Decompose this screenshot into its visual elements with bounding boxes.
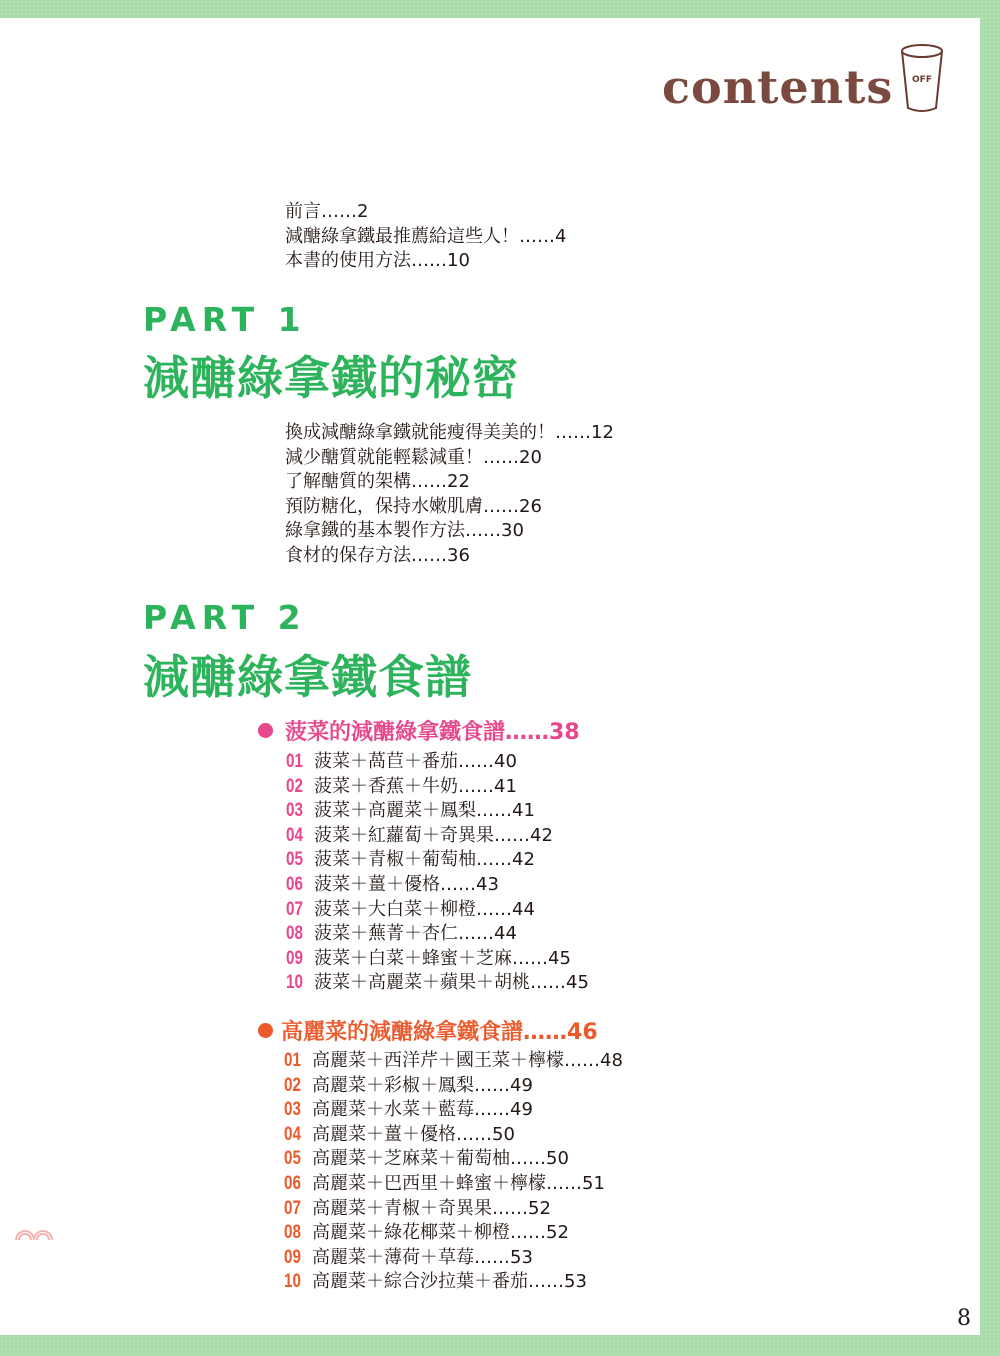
recipe-entry[interactable]: 08高麗菜＋綠花椰菜＋柳橙……52 (284, 1221, 623, 1246)
recipe-page: 43 (476, 874, 499, 895)
recipe-page: 48 (600, 1050, 623, 1071)
recipe-page: 49 (510, 1099, 533, 1120)
recipe-number: 03 (286, 799, 308, 824)
leader-dots: …… (440, 874, 476, 895)
recipe-number: 08 (286, 922, 308, 947)
recipe-page: 42 (530, 825, 553, 846)
recipe-entry[interactable]: 07菠菜＋大白菜＋柳橙……44 (286, 898, 589, 923)
leader-dots: …… (476, 800, 512, 821)
recipe-entry[interactable]: 03菠菜＋高麗菜＋鳳梨……41 (286, 799, 589, 824)
recipe-number: 04 (284, 1123, 306, 1148)
entry-page: 12 (591, 422, 614, 443)
bullet-icon (258, 1023, 273, 1038)
recipe-number: 06 (284, 1172, 306, 1197)
leader-dots: …… (505, 720, 549, 745)
recipe-entry[interactable]: 09菠菜＋白菜＋蜂蜜＋芝麻……45 (286, 947, 589, 972)
recipe-number: 02 (284, 1074, 306, 1099)
leader-dots: …… (483, 496, 519, 517)
leader-dots: …… (458, 751, 494, 772)
cup-label: OFF (912, 75, 932, 85)
recipe-number: 04 (286, 824, 308, 849)
recipe-page: 44 (512, 899, 535, 920)
recipe-entry[interactable]: 09高麗菜＋薄荷＋草莓……53 (284, 1246, 623, 1271)
recipe-entry[interactable]: 05菠菜＋青椒＋葡萄柚……42 (286, 848, 589, 873)
leader-dots: …… (483, 447, 519, 468)
leader-dots: …… (476, 849, 512, 870)
toc-entry[interactable]: 預防糖化，保持水嫩肌膚……26 (285, 495, 614, 520)
recipe-title: 菠菜＋香蕉＋牛奶 (314, 776, 458, 797)
leader-dots: …… (411, 471, 447, 492)
recipe-title: 菠菜＋高麗菜＋鳳梨 (314, 800, 476, 821)
leader-dots: …… (510, 1222, 546, 1243)
recipe-page: 50 (492, 1124, 515, 1145)
recipe-entry[interactable]: 10菠菜＋高麗菜＋蘋果＋胡桃……45 (286, 971, 589, 996)
recipe-page: 42 (512, 849, 535, 870)
recipe-number: 10 (284, 1270, 306, 1295)
recipe-entry[interactable]: 06菠菜＋薑＋優格……43 (286, 873, 589, 898)
recipe-entry[interactable]: 03高麗菜＋水菜＋藍莓……49 (284, 1098, 623, 1123)
bullet-icon (258, 723, 273, 738)
entry-title: 了解醣質的架構 (285, 471, 411, 492)
section-page: 38 (549, 720, 580, 745)
leader-dots: …… (555, 422, 591, 443)
section-heading-spinach[interactable]: 菠菜的減醣綠拿鐵食譜……38 (258, 719, 580, 747)
leader-dots: …… (321, 201, 357, 222)
entry-page: 10 (447, 250, 470, 271)
recipe-title: 高麗菜＋巴西里＋蜂蜜＋檸檬 (312, 1173, 546, 1194)
recipe-page: 44 (494, 923, 517, 944)
leader-dots: …… (458, 923, 494, 944)
recipe-number: 07 (284, 1197, 306, 1222)
recipe-page: 51 (582, 1173, 605, 1194)
recipe-number: 01 (284, 1049, 306, 1074)
entry-page: 30 (501, 520, 524, 541)
toc-entry[interactable]: 本書的使用方法……10 (285, 249, 566, 274)
leader-dots: …… (458, 776, 494, 797)
part1-label: PART 1 (143, 302, 307, 338)
leader-dots: …… (456, 1124, 492, 1145)
part1-list: 換成減醣綠拿鐵就能瘦得美美的！……12 減少醣質就能輕鬆減重！……20 了解醣質… (285, 421, 614, 569)
section-title: 高麗菜的減醣綠拿鐵食譜 (281, 1020, 523, 1045)
entry-page: 22 (447, 471, 470, 492)
leader-dots: …… (474, 1247, 510, 1268)
recipe-number: 08 (284, 1221, 306, 1246)
recipe-page: 52 (546, 1222, 569, 1243)
recipe-title: 高麗菜＋綜合沙拉葉＋番茄 (312, 1271, 528, 1292)
leader-dots: …… (519, 226, 555, 247)
recipe-page: 52 (528, 1198, 551, 1219)
top-border-band (0, 0, 1000, 18)
entry-page: 26 (519, 496, 542, 517)
toc-entry[interactable]: 綠拿鐵的基本製作方法……30 (285, 519, 614, 544)
entry-page: 4 (555, 226, 566, 247)
recipe-entry[interactable]: 04高麗菜＋薑＋優格……50 (284, 1123, 623, 1148)
recipe-title: 高麗菜＋芝麻菜＋葡萄柚 (312, 1148, 510, 1169)
recipe-number: 10 (286, 971, 308, 996)
recipe-title: 菠菜＋萵苣＋番茄 (314, 751, 458, 772)
toc-entry[interactable]: 減醣綠拿鐵最推薦給這些人！……4 (285, 225, 566, 250)
recipe-number: 01 (286, 750, 308, 775)
recipe-title: 菠菜＋紅蘿蔔＋奇異果 (314, 825, 494, 846)
leader-dots: …… (474, 1075, 510, 1096)
recipe-title: 菠菜＋大白菜＋柳橙 (314, 899, 476, 920)
recipe-title: 高麗菜＋綠花椰菜＋柳橙 (312, 1222, 510, 1243)
recipe-entry[interactable]: 02菠菜＋香蕉＋牛奶……41 (286, 775, 589, 800)
entry-title: 綠拿鐵的基本製作方法 (285, 520, 465, 541)
recipe-page: 40 (494, 751, 517, 772)
recipe-entry[interactable]: 05高麗菜＋芝麻菜＋葡萄柚……50 (284, 1147, 623, 1172)
part2-label: PART 2 (143, 600, 307, 636)
leader-dots: …… (530, 972, 566, 993)
cabbage-recipe-list: 01高麗菜＋西洋芹＋國王菜＋檸檬……48 02高麗菜＋彩椒＋鳳梨……49 03高… (284, 1049, 623, 1295)
leader-dots: …… (492, 1198, 528, 1219)
toc-entry[interactable]: 了解醣質的架構……22 (285, 470, 614, 495)
recipe-number: 03 (284, 1098, 306, 1123)
leader-dots: …… (546, 1173, 582, 1194)
entry-title: 預防糖化，保持水嫩肌膚 (285, 496, 483, 517)
entry-page: 36 (447, 545, 470, 566)
recipe-number: 02 (286, 775, 308, 800)
recipe-title: 高麗菜＋青椒＋奇異果 (312, 1198, 492, 1219)
entry-title: 食材的保存方法 (285, 545, 411, 566)
recipe-title: 菠菜＋蕪菁＋杏仁 (314, 923, 458, 944)
recipe-title: 菠菜＋白菜＋蜂蜜＋芝麻 (314, 948, 512, 969)
recipe-page: 53 (564, 1271, 587, 1292)
publisher-logo-icon (14, 1220, 54, 1242)
recipe-number: 05 (284, 1147, 306, 1172)
entry-page: 20 (519, 447, 542, 468)
recipe-number: 05 (286, 848, 308, 873)
recipe-title: 高麗菜＋薑＋優格 (312, 1124, 456, 1145)
recipe-page: 53 (510, 1247, 533, 1268)
recipe-title: 高麗菜＋水菜＋藍莓 (312, 1099, 474, 1120)
recipe-entry[interactable]: 06高麗菜＋巴西里＋蜂蜜＋檸檬……51 (284, 1172, 623, 1197)
section-heading-cabbage[interactable]: 高麗菜的減醣綠拿鐵食譜……46 (258, 1019, 598, 1047)
intro-list: 前言……2 減醣綠拿鐵最推薦給這些人！……4 本書的使用方法……10 (285, 200, 566, 274)
section-page: 46 (567, 1020, 598, 1045)
toc-entry[interactable]: 前言……2 (285, 200, 566, 225)
recipe-entry[interactable]: 10高麗菜＋綜合沙拉葉＋番茄……53 (284, 1270, 623, 1295)
page-number: 8 (957, 1306, 971, 1331)
recipe-page: 49 (510, 1075, 533, 1096)
toc-entry[interactable]: 食材的保存方法……36 (285, 544, 614, 569)
recipe-title: 高麗菜＋彩椒＋鳳梨 (312, 1075, 474, 1096)
leader-dots: …… (564, 1050, 600, 1071)
recipe-page: 45 (566, 972, 589, 993)
leader-dots: …… (523, 1020, 567, 1045)
bottom-border-band (0, 1335, 1000, 1356)
recipe-title: 菠菜＋高麗菜＋蘋果＋胡桃 (314, 972, 530, 993)
recipe-title: 高麗菜＋西洋芹＋國王菜＋檸檬 (312, 1050, 564, 1071)
right-border-band (980, 0, 1000, 1356)
leader-dots: …… (411, 545, 447, 566)
recipe-entry[interactable]: 07高麗菜＋青椒＋奇異果……52 (284, 1197, 623, 1222)
leader-dots: …… (474, 1099, 510, 1120)
toc-entry[interactable]: 減少醣質就能輕鬆減重！……20 (285, 446, 614, 471)
recipe-number: 07 (286, 898, 308, 923)
leader-dots: …… (476, 899, 512, 920)
recipe-number: 06 (286, 873, 308, 898)
recipe-entry[interactable]: 01高麗菜＋西洋芹＋國王菜＋檸檬……48 (284, 1049, 623, 1074)
section-title: 菠菜的減醣綠拿鐵食譜 (285, 720, 505, 745)
entry-title: 本書的使用方法 (285, 250, 411, 271)
recipe-page: 50 (546, 1148, 569, 1169)
leader-dots: …… (411, 250, 447, 271)
entry-title: 前言 (285, 201, 321, 222)
recipe-entry[interactable]: 01菠菜＋萵苣＋番茄……40 (286, 750, 589, 775)
recipe-title: 菠菜＋青椒＋葡萄柚 (314, 849, 476, 870)
recipe-title: 高麗菜＋薄荷＋草莓 (312, 1247, 474, 1268)
entry-title: 換成減醣綠拿鐵就能瘦得美美的！ (285, 422, 555, 443)
recipe-number: 09 (284, 1246, 306, 1271)
part1-title: 減醣綠拿鐵的秘密 (143, 352, 519, 404)
entry-title: 減少醣質就能輕鬆減重！ (285, 447, 483, 468)
toc-entry[interactable]: 換成減醣綠拿鐵就能瘦得美美的！……12 (285, 421, 614, 446)
recipe-page: 45 (548, 948, 571, 969)
recipe-number: 09 (286, 947, 308, 972)
entry-page: 2 (357, 201, 368, 222)
leader-dots: …… (465, 520, 501, 541)
leader-dots: …… (494, 825, 530, 846)
leader-dots: …… (510, 1148, 546, 1169)
leader-dots: …… (528, 1271, 564, 1292)
cup-icon: OFF (898, 42, 946, 114)
recipe-page: 41 (494, 776, 517, 797)
leader-dots: …… (512, 948, 548, 969)
contents-heading: contents (662, 62, 893, 112)
recipe-entry[interactable]: 04菠菜＋紅蘿蔔＋奇異果……42 (286, 824, 589, 849)
spinach-recipe-list: 01菠菜＋萵苣＋番茄……40 02菠菜＋香蕉＋牛奶……41 03菠菜＋高麗菜＋鳳… (286, 750, 589, 996)
recipe-entry[interactable]: 08菠菜＋蕪菁＋杏仁……44 (286, 922, 589, 947)
recipe-page: 41 (512, 800, 535, 821)
recipe-entry[interactable]: 02高麗菜＋彩椒＋鳳梨……49 (284, 1074, 623, 1099)
recipe-title: 菠菜＋薑＋優格 (314, 874, 440, 895)
part2-title: 減醣綠拿鐵食譜 (143, 651, 472, 703)
entry-title: 減醣綠拿鐵最推薦給這些人！ (285, 226, 519, 247)
